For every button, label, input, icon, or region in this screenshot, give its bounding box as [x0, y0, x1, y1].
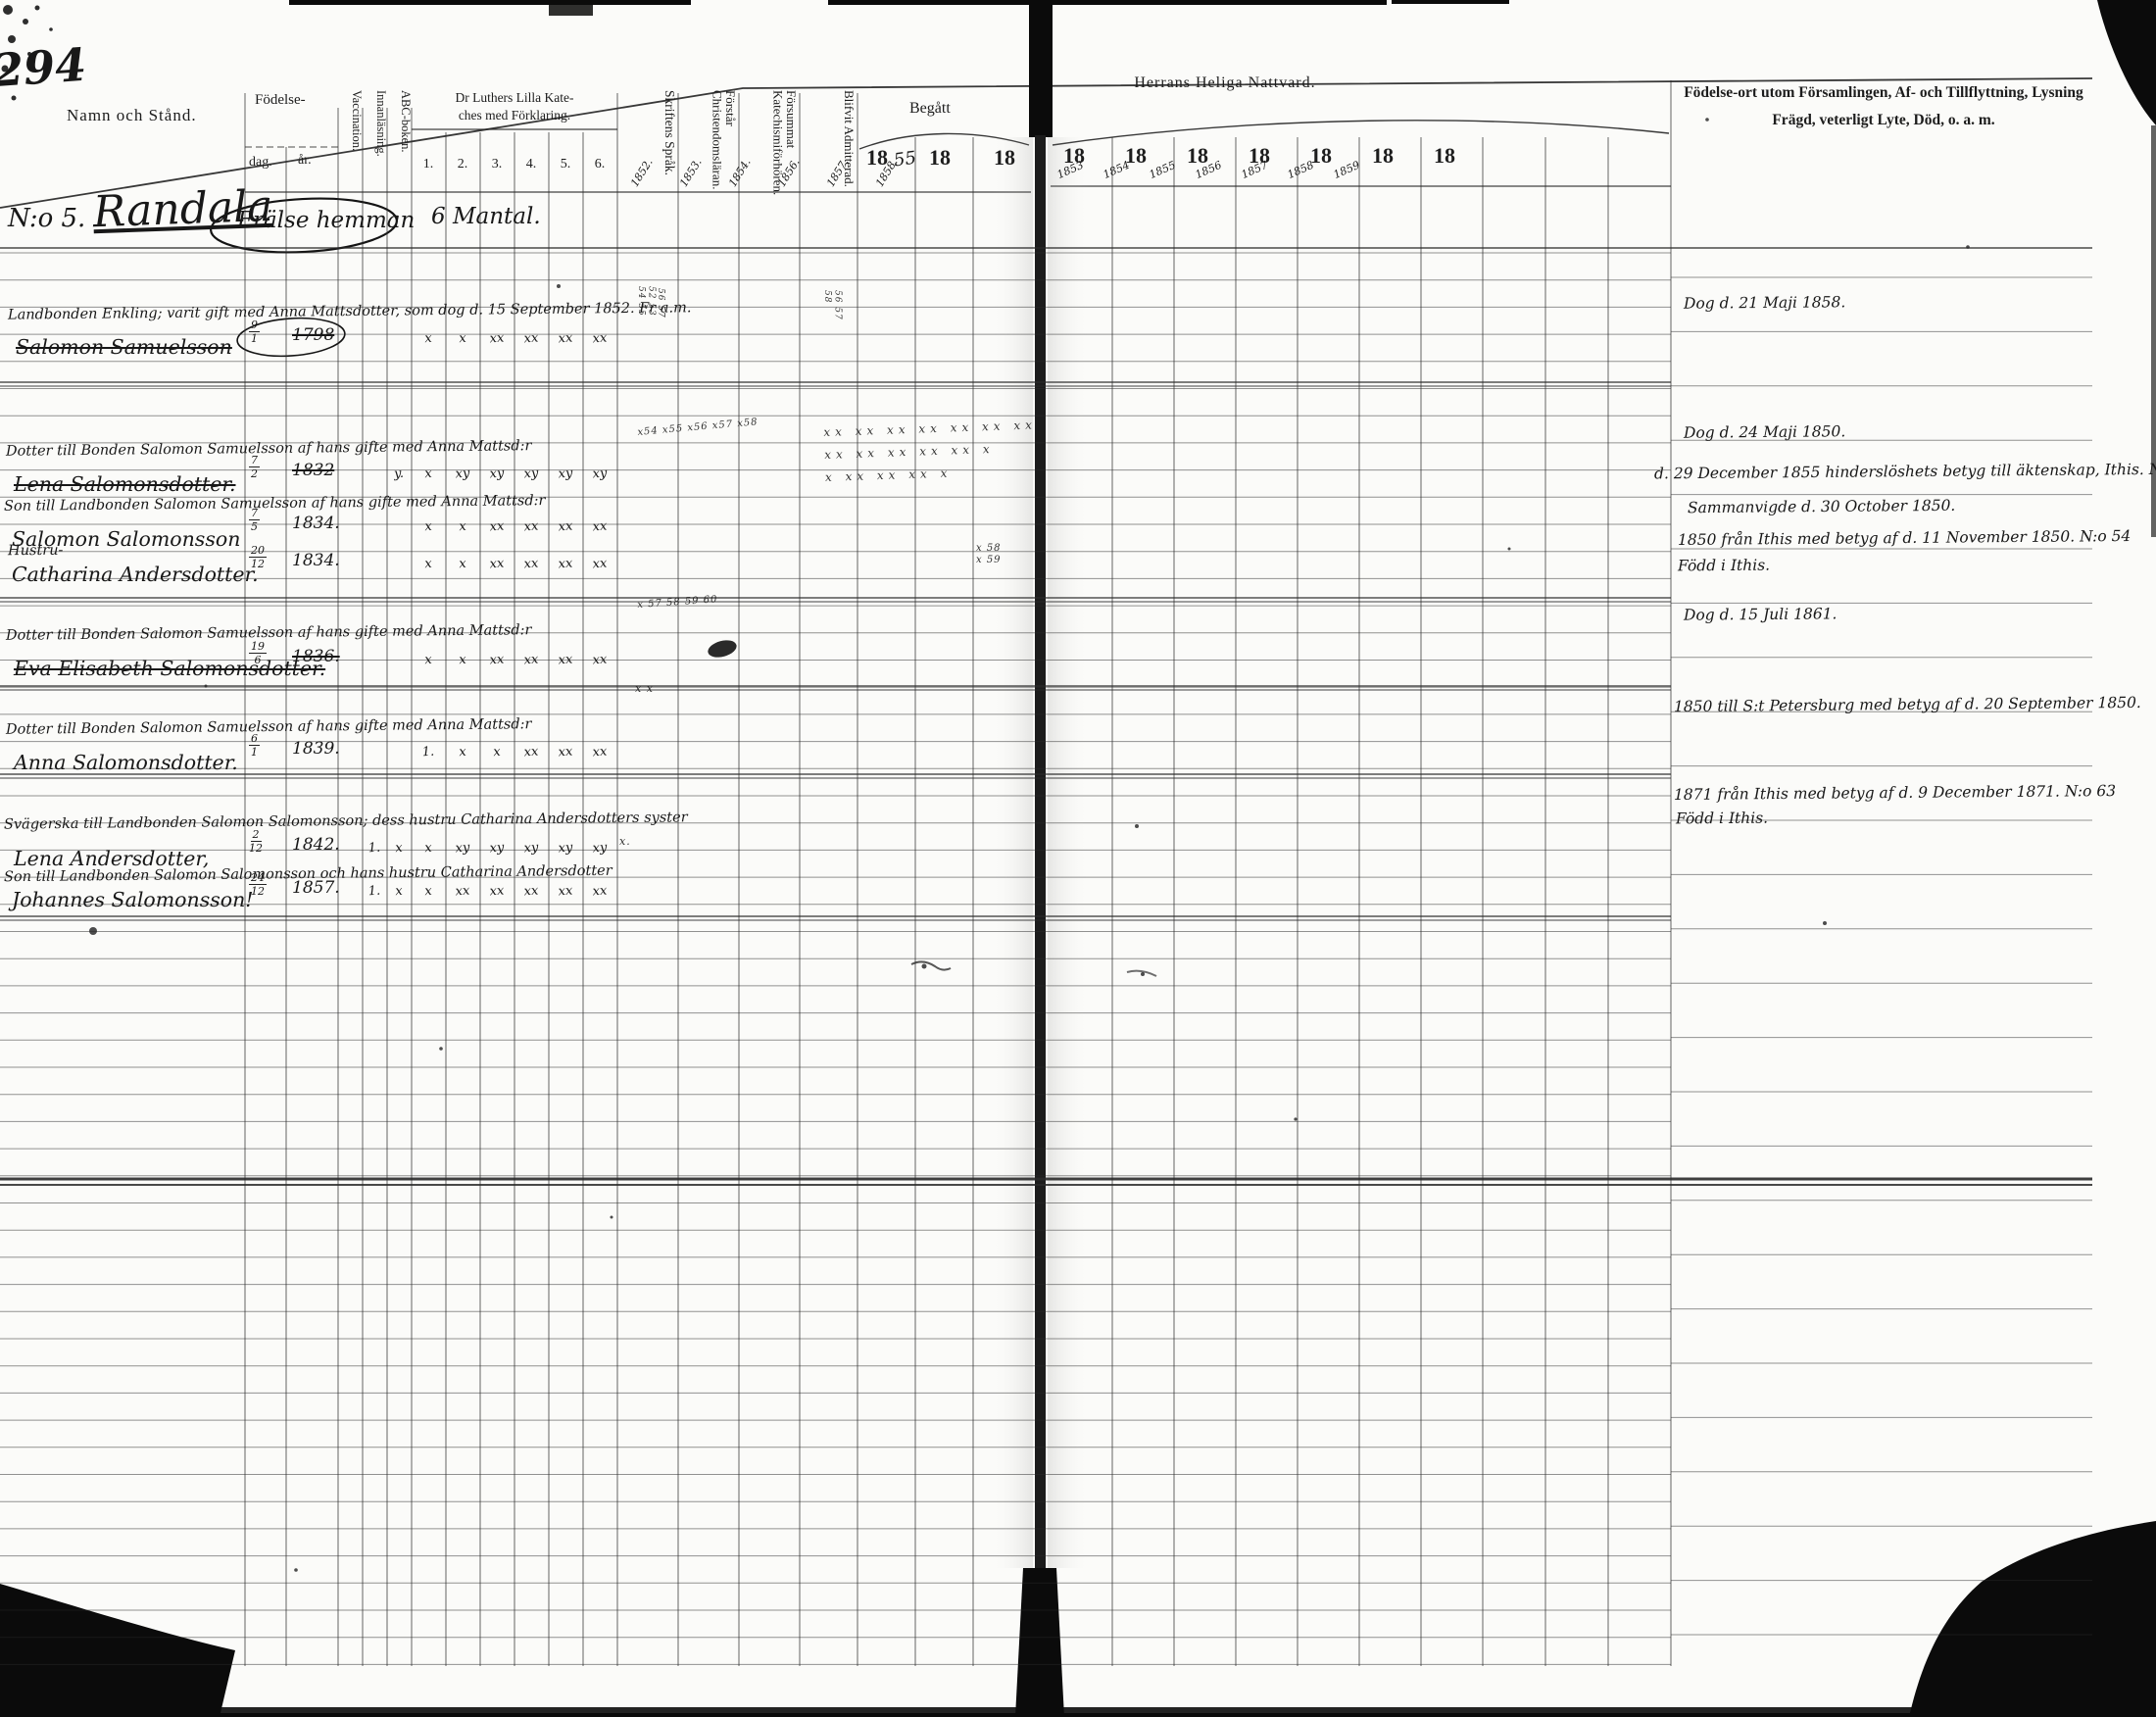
communion-marks: x. [619, 835, 631, 848]
catechism-mark: x [424, 653, 432, 667]
catechism-mark: xy [558, 466, 573, 482]
catechism-mark: xx [592, 519, 608, 535]
nattvard-year-cell: 18 [1187, 143, 1208, 169]
communion-marks: x 58 x 59 [976, 543, 1002, 566]
catechism-mark: x [424, 331, 432, 346]
page-number: 294 [0, 38, 88, 98]
catechism-mark: xx [523, 653, 539, 668]
scan-corner-bottom-left [0, 1584, 235, 1717]
note-entry: Dog d. 15 Juli 1861. [1684, 605, 1837, 623]
catechism-mark: xx [489, 519, 505, 535]
header-birth-day: dag. [249, 155, 272, 171]
header-notes-line2: Frägd, veterligt Lyte, Död, o. a. m. [1674, 112, 2093, 129]
catechism-mark: xx [592, 745, 608, 760]
catechism-mark: xy [523, 841, 539, 857]
catechism-mark: x [424, 519, 432, 534]
katches-col-digit: 5. [561, 157, 571, 172]
catechism-mark: xx [558, 519, 573, 535]
catechism-mark: xx [489, 884, 505, 900]
catechism-mark: xx [558, 745, 573, 760]
catechism-mark: x [459, 331, 466, 346]
entry-birth-year: 1839. [292, 739, 340, 759]
church-record-scan: 294 Namn och Stånd. Födelse- dag. år. Va… [0, 0, 2156, 1717]
entry-name: Salomon Samuelsson [16, 335, 232, 359]
catechism-mark: xx [558, 884, 573, 900]
catechism-mark: xx [455, 884, 470, 900]
book-spine-bottom [1015, 1568, 1064, 1717]
catechism-mark: x [459, 557, 466, 571]
catechism-mark: xx [489, 331, 505, 347]
nattvard-year-cell: 18 [1310, 143, 1332, 169]
nattvard-year-cell: 18 [1125, 143, 1147, 169]
catechism-mark: xy [592, 841, 608, 857]
catechism-mark: x [459, 653, 466, 667]
catechism-mark: x [459, 519, 466, 534]
catechism-mark: xx [489, 653, 505, 668]
catechism-mark: xx [523, 331, 539, 347]
begatt-year-cell: 18 [929, 145, 951, 171]
entry-birth-year: 1857. [292, 878, 340, 898]
catechism-mark: x [424, 841, 432, 856]
farm-number: N:o 5. [8, 204, 85, 233]
note-entry: Sammanvigde d. 30 October 1850. [1688, 497, 1955, 516]
entry-name: Anna Salomonsdotter. [14, 751, 238, 774]
catechism-mark: xy [592, 466, 608, 482]
ledger-grid [0, 0, 2156, 1717]
katches-col-digit: 4. [526, 157, 537, 172]
catechism-mark: xx [592, 331, 608, 347]
entry-birth-day: 91 [249, 319, 260, 344]
catechism-mark: xx [489, 557, 505, 572]
header-birth: Födelse- [255, 92, 306, 109]
catechism-mark: xx [558, 331, 573, 347]
catechism-mark: xx [523, 884, 539, 900]
entry-name: Johannes Salomonsson! [12, 888, 254, 911]
book-spine [1035, 135, 1046, 1574]
entry-birth-day: 61 [249, 733, 260, 758]
nattvard-year-cell: 18 [1434, 143, 1455, 169]
header-katches-line1: Dr Luthers Lilla Kate- [412, 90, 617, 106]
catechism-mark: xx [558, 557, 573, 572]
header-nattvard: Herrans Heliga Nattvard. [1078, 74, 1372, 92]
header-vaccination: Vaccination. [339, 90, 363, 200]
catechism-mark: 1. [367, 884, 380, 900]
catechism-mark: x [395, 884, 403, 899]
catechism-mark: xx [523, 557, 539, 572]
entry-birth-day: 75 [249, 508, 260, 532]
catechism-mark: 1. [421, 745, 434, 760]
catechism-mark: xx [592, 884, 608, 900]
header-notes-line1: Födelse-ort utom Församlingen, Af- och T… [1674, 84, 2093, 102]
entry-name: Eva Elisabeth Salomonsdotter. [14, 657, 325, 680]
begatt-year-cell: 18 [866, 145, 888, 171]
entry-birth-year: 1832 [292, 461, 334, 480]
header-begatt: Begått [909, 100, 951, 118]
header-skriftens-sprak: Skriftens Språk. [621, 90, 676, 204]
catechism-mark: x [395, 841, 403, 856]
entry-birth-year: 1834. [292, 551, 340, 570]
catechism-mark: xx [592, 557, 608, 572]
communion-marks: x x [635, 682, 654, 695]
entry-name: Lena Salomonsdotter. [14, 472, 236, 496]
note-entry: Född i Ithis. [1678, 557, 1770, 575]
book-spine-top [1029, 0, 1053, 137]
entry-birth-day: 196 [249, 641, 267, 665]
header-birth-year: år. [298, 153, 312, 169]
communion-marks: 52 53 54 55 [635, 286, 657, 331]
catechism-mark: xy [455, 841, 470, 857]
header-abc-boken: ABC-boken. [388, 90, 412, 200]
catechism-mark: x [424, 466, 432, 481]
catechism-mark: xy [455, 466, 470, 482]
communion-marks: xx xx xx xx xx xx xx xx xx xx xx xx x x … [823, 414, 1039, 488]
catechism-mark: xy [558, 841, 573, 857]
catechism-mark: y. [394, 466, 405, 482]
communion-marks: 56 57 58 [821, 290, 843, 335]
entry-birth-day: 212 [249, 829, 263, 854]
header-katches-line2: ches med Förklaring. [412, 108, 617, 123]
scan-corner-top-right [2097, 0, 2156, 125]
catechism-mark: x [459, 745, 466, 760]
entry-birth-year: 1834. [292, 514, 340, 533]
header-forstar-christendomslaran: Förstår Christendomsläran. [682, 90, 737, 204]
entry-birth-day: 2012 [249, 545, 267, 569]
catechism-mark: x [424, 557, 432, 571]
catechism-mark: x [424, 884, 432, 899]
katches-col-digit: 3. [492, 157, 503, 172]
entry-birth-day: 72 [249, 455, 260, 479]
nattvard-year-cell: 18 [1372, 143, 1394, 169]
header-innanlasning: Innanläsning. [364, 90, 387, 200]
farm-tenure: Frälse hemman [237, 208, 415, 233]
catechism-mark: x [493, 745, 501, 760]
header-blifvit-admitterad: Blifvit Admitterad. [804, 90, 856, 204]
catechism-mark: xx [523, 745, 539, 760]
farm-mantal: 6 Mantal. [431, 204, 541, 229]
nattvard-year-cell: 18 [1249, 143, 1270, 169]
nattvard-year-cell: 18 [1063, 143, 1085, 169]
header-forsummat-katechismiforhoren: Försummat Katechismiförhören. [743, 90, 798, 204]
katches-col-digit: 1. [423, 157, 434, 172]
catechism-mark: xy [489, 466, 505, 482]
scan-corner-bottom-right [1909, 1521, 2156, 1717]
nattvard-brace [1053, 121, 1669, 145]
entry-birth-year: 1836. [292, 647, 340, 666]
note-entry: Född i Ithis. [1676, 809, 1768, 828]
entry-birth-year: 1798 [292, 325, 334, 345]
catechism-mark: xx [523, 519, 539, 535]
catechism-mark: xx [592, 653, 608, 668]
entry-name: Catharina Andersdotter. [12, 563, 259, 586]
entry-birth-year: 1842. [292, 835, 340, 855]
katches-col-digit: 6. [595, 157, 606, 172]
note-entry: Dog d. 21 Maji 1858. [1684, 293, 1845, 312]
entry-description: Hustru- [8, 543, 64, 560]
communion-marks: 56 57 [655, 288, 665, 333]
note-entry: Dog d. 24 Maji 1850. [1684, 422, 1845, 441]
catechism-mark: 1. [367, 841, 380, 857]
entry-birth-day: 2412 [249, 872, 267, 897]
begatt-year-cell: 18 [994, 145, 1015, 171]
catechism-mark: xx [558, 653, 573, 668]
katches-col-digit: 2. [458, 157, 468, 172]
catechism-mark: xy [489, 841, 505, 857]
header-name-col: Namn och Stånd. [67, 106, 197, 125]
ink-blot [706, 637, 738, 660]
catechism-mark: xy [523, 466, 539, 482]
